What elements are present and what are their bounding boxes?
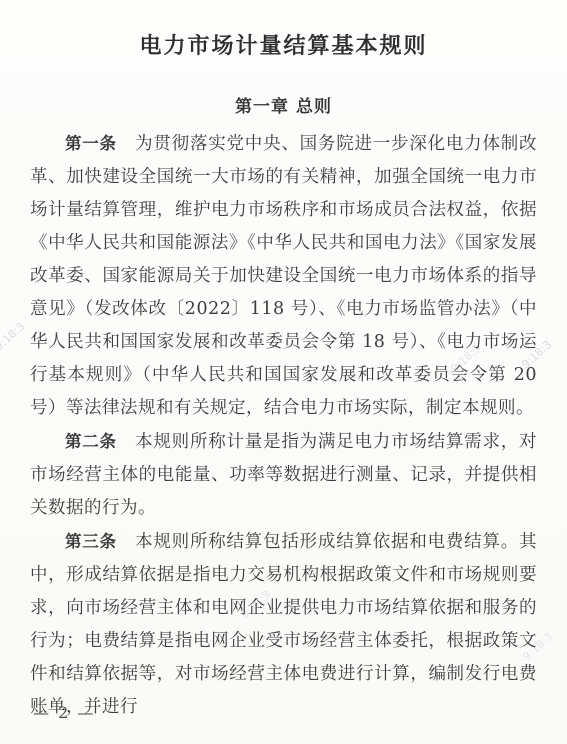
article-1-text: 为贯彻落实党中央、国务院进一步深化电力体制改革、加快建设全国统一大市场的有关精神…	[30, 134, 537, 418]
article-2-number: 第二条	[65, 432, 117, 451]
article-2-paragraph: 第二条 本规则所称计量是指为满足电力市场结算需求，对市场经营主体的电能量、功率等…	[30, 425, 537, 525]
page-number: — 2 —	[33, 703, 95, 722]
timestamp-watermark: 9:18:3	[0, 320, 27, 353]
document-content: 电力市场计量结算基本规则 第一章 总则 第一条 为贯彻落实党中央、国务院进一步深…	[30, 0, 537, 724]
article-3-number: 第三条	[65, 532, 117, 551]
article-1-number: 第一条	[65, 134, 117, 153]
article-3-paragraph: 第三条 本规则所称结算包括形成结算依据和电费结算。其中，形成结算依据是指电力交易…	[30, 525, 537, 724]
scanned-document-page: 9:18:3 9:18:3 9:18:3 9:18:3 9:18:3 电力市场计…	[0, 0, 567, 744]
chapter-heading: 第一章 总则	[30, 95, 537, 119]
article-3-text: 本规则所称结算包括形成结算依据和电费结算。其中，形成结算依据是指电力交易机构根据…	[30, 532, 537, 717]
article-1-paragraph: 第一条 为贯彻落实党中央、国务院进一步深化电力体制改革、加快建设全国统一大市场的…	[30, 127, 537, 425]
document-body: 第一条 为贯彻落实党中央、国务院进一步深化电力体制改革、加快建设全国统一大市场的…	[30, 127, 537, 724]
document-title: 电力市场计量结算基本规则	[30, 0, 537, 61]
